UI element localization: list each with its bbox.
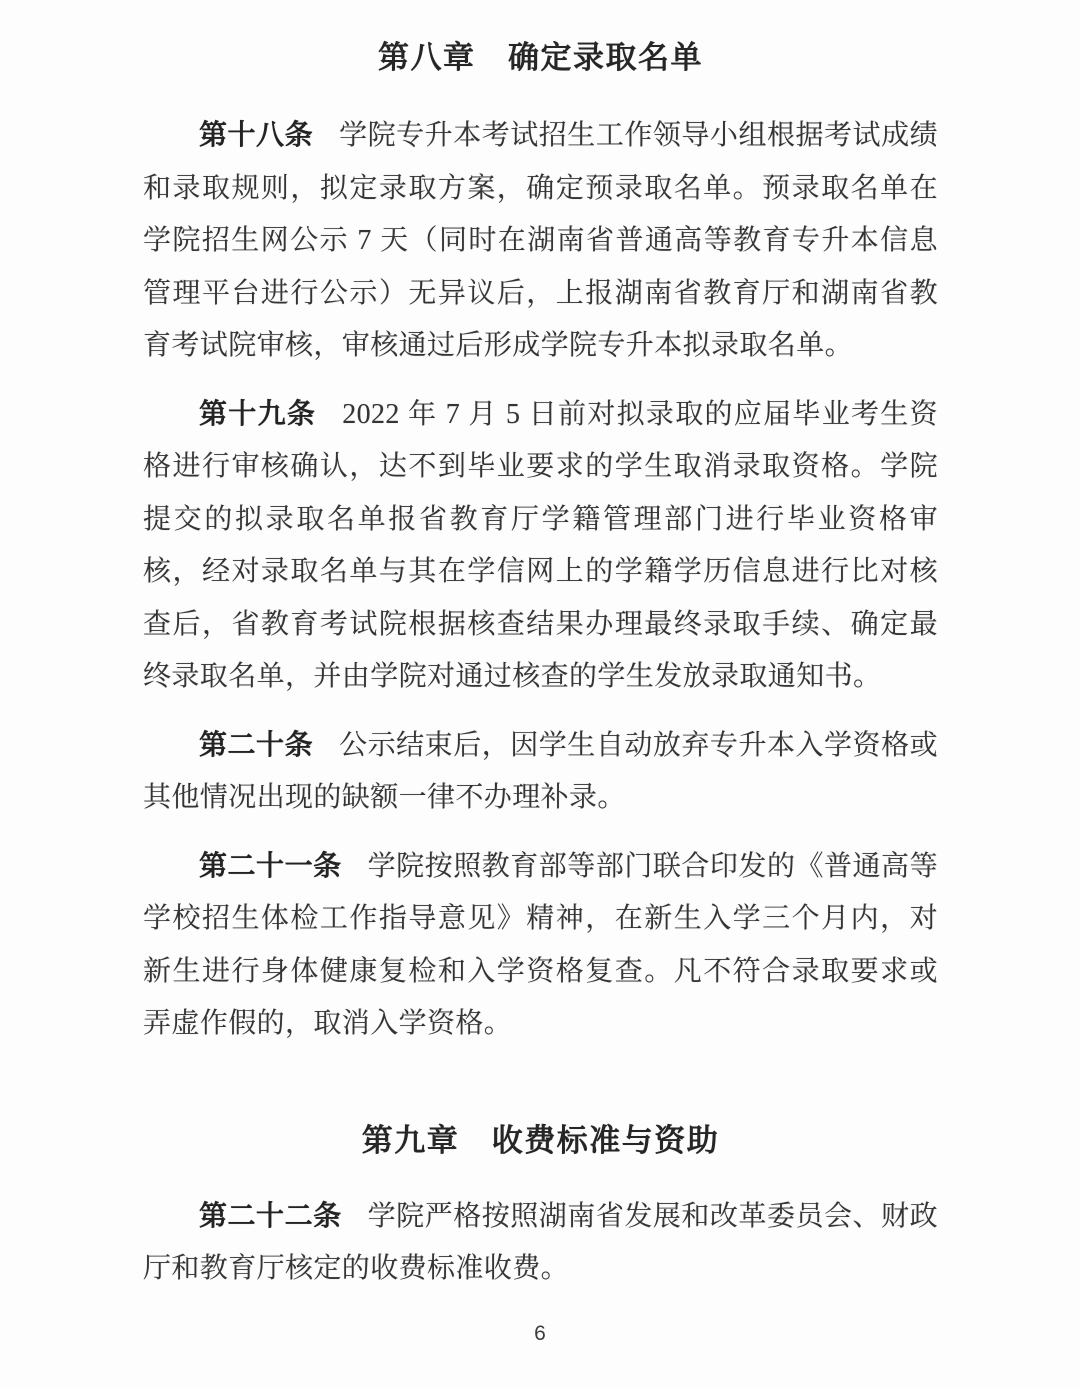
document-page: 第八章 确定录取名单 第十八条学院专升本考试招生工作领导小组根据考试成绩和录取规…	[0, 0, 1080, 1388]
article-19: 第十九条2022 年 7 月 5 日前对拟录取的应届毕业考生资格进行审核确认，达…	[143, 389, 938, 704]
article-18-text: 学院专升本考试招生工作领导小组根据考试成绩和录取规则，拟定录取方案，确定预录取名…	[143, 120, 938, 361]
article-22: 第二十二条学院严格按照湖南省发展和改革委员会、财政厅和教育厅核定的收费标准收费。	[143, 1191, 938, 1296]
article-21-label: 第二十一条	[199, 851, 342, 882]
article-22-label: 第二十二条	[199, 1201, 342, 1232]
page-number: 6	[0, 1322, 1080, 1346]
chapter-8-heading: 第八章 确定录取名单	[143, 36, 938, 80]
article-18: 第十八条学院专升本考试招生工作领导小组根据考试成绩和录取规则，拟定录取方案，确定…	[143, 110, 938, 373]
article-20: 第二十条公示结束后，因学生自动放弃专升本入学资格或其他情况出现的缺额一律不办理补…	[143, 720, 938, 825]
article-21: 第二十一条学院按照教育部等部门联合印发的《普通高等学校招生体检工作指导意见》精神…	[143, 841, 938, 1051]
article-20-label: 第二十条	[199, 730, 313, 761]
article-19-label: 第十九条	[199, 399, 316, 430]
article-18-label: 第十八条	[199, 120, 313, 151]
article-19-text: 2022 年 7 月 5 日前对拟录取的应届毕业考生资格进行审核确认，达不到毕业…	[143, 399, 938, 693]
chapter-9-heading: 第九章 收费标准与资助	[143, 1119, 938, 1163]
